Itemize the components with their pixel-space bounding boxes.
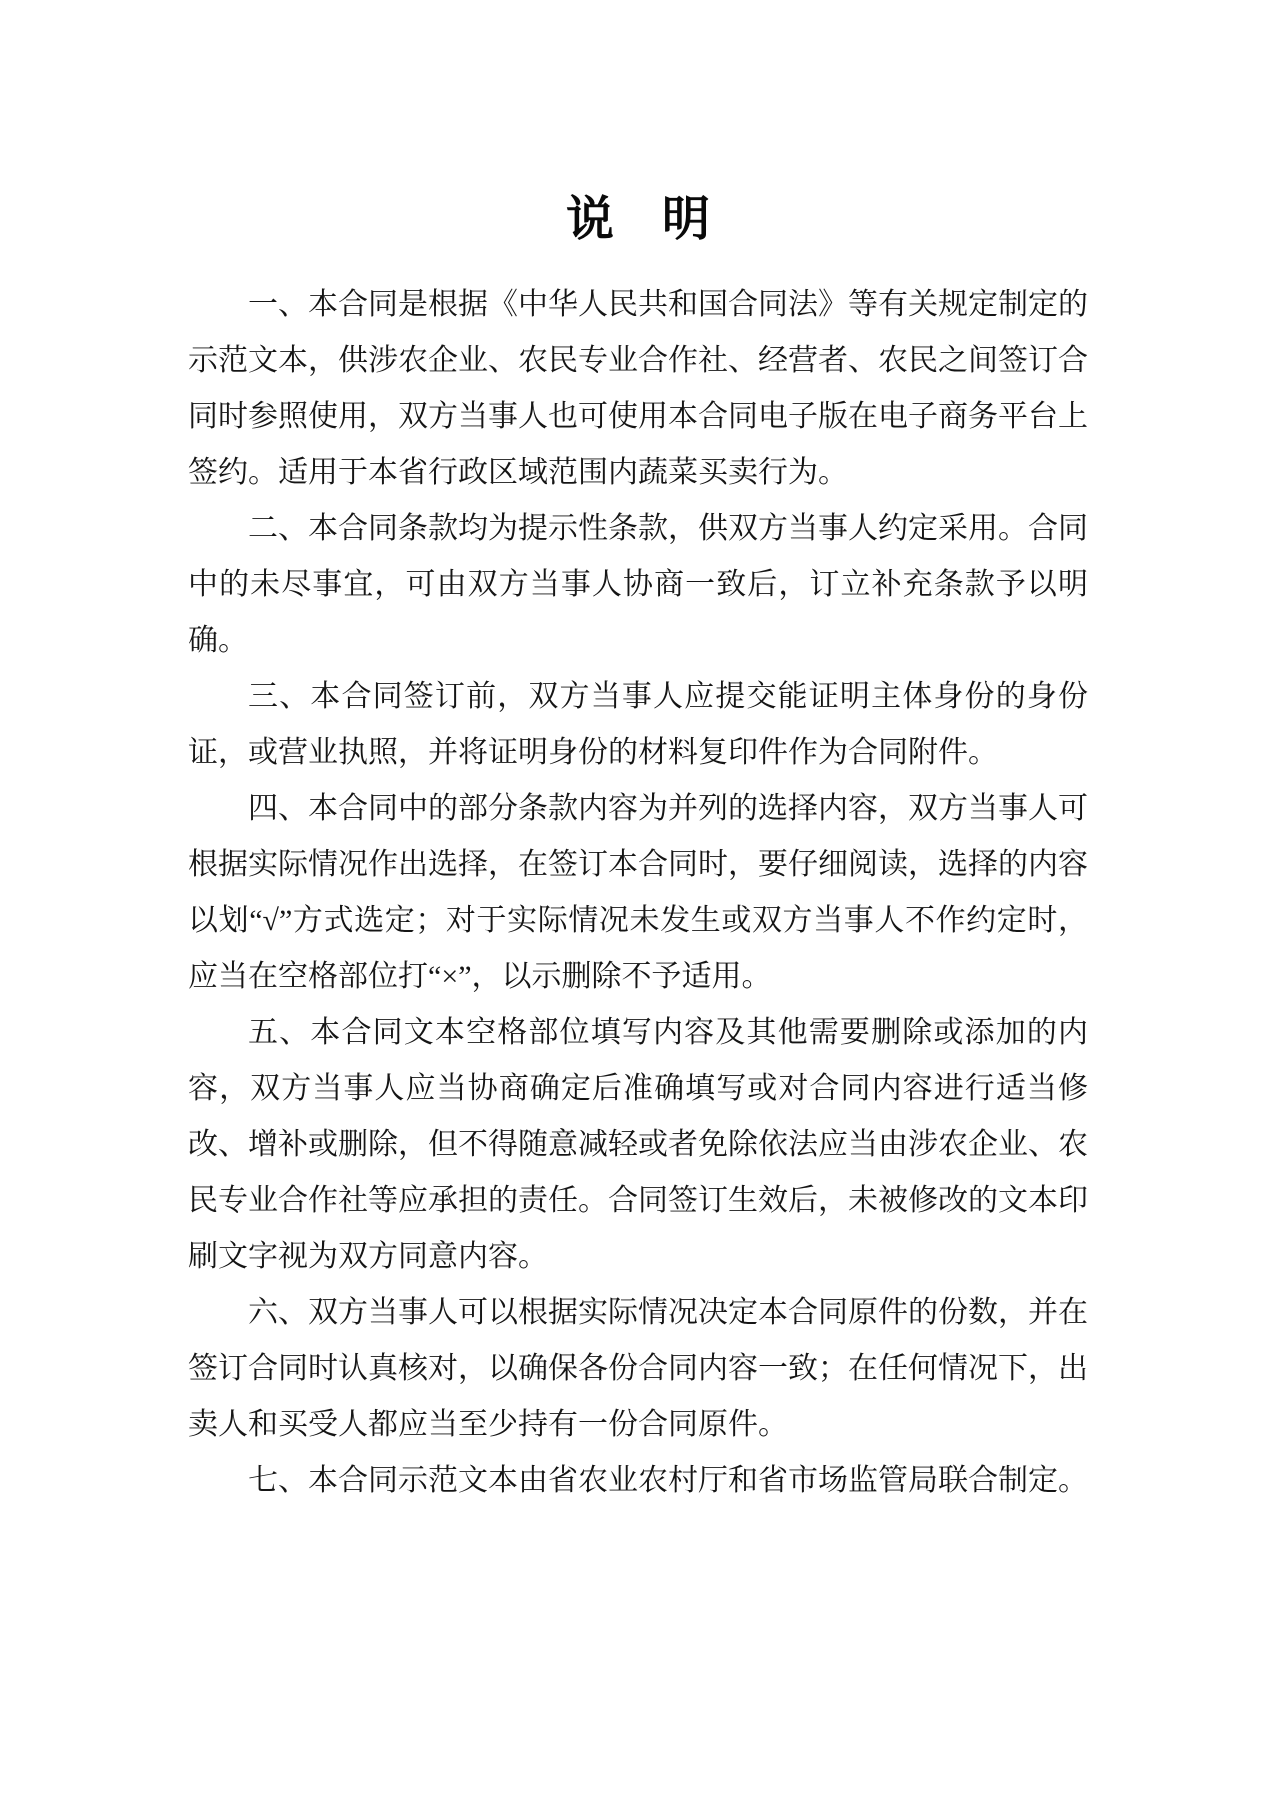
- instruction-paragraph-2: 二、本合同条款均为提示性条款，供双方当事人约定采用。合同中的未尽事宜，可由双方当…: [188, 501, 1088, 669]
- instruction-paragraph-1: 一、本合同是根据《中华人民共和国合同法》等有关规定制定的示范文本，供涉农企业、农…: [188, 277, 1088, 501]
- instruction-paragraph-3: 三、本合同签订前，双方当事人应提交能证明主体身份的身份证，或营业执照，并将证明身…: [188, 669, 1088, 781]
- instructions-body: 一、本合同是根据《中华人民共和国合同法》等有关规定制定的示范文本，供涉农企业、农…: [188, 277, 1088, 1509]
- document-page: 说 明 一、本合同是根据《中华人民共和国合同法》等有关规定制定的示范文本，供涉农…: [0, 0, 1280, 1810]
- instruction-paragraph-4: 四、本合同中的部分条款内容为并列的选择内容，双方当事人可根据实际情况作出选择，在…: [188, 781, 1088, 1005]
- instruction-paragraph-7: 七、本合同示范文本由省农业农村厅和省市场监管局联合制定。: [188, 1453, 1088, 1509]
- instruction-paragraph-5: 五、本合同文本空格部位填写内容及其他需要删除或添加的内容，双方当事人应当协商确定…: [188, 1005, 1088, 1285]
- document-content: 说 明 一、本合同是根据《中华人民共和国合同法》等有关规定制定的示范文本，供涉农…: [188, 185, 1088, 1509]
- page-title: 说 明: [188, 185, 1088, 255]
- instruction-paragraph-6: 六、双方当事人可以根据实际情况决定本合同原件的份数，并在签订合同时认真核对，以确…: [188, 1285, 1088, 1453]
